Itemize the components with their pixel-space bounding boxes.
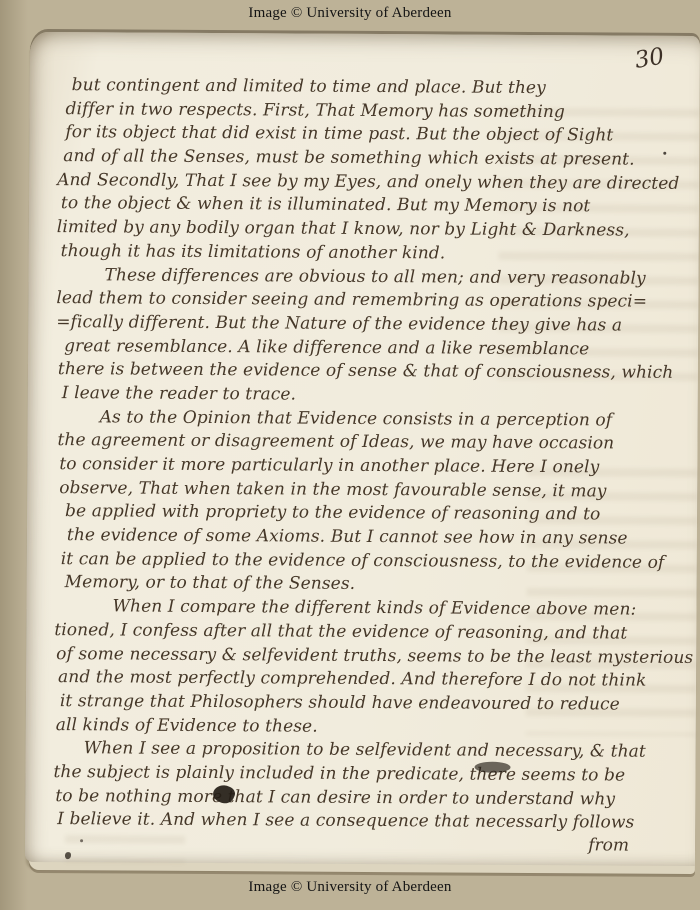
manuscript-line: but contingent and limited to time and p… <box>58 74 690 102</box>
manuscript-line: limited by any bodily organ that I know,… <box>57 216 689 244</box>
catchword: from <box>588 835 629 855</box>
manuscript-line: to consider it more particularly in anot… <box>55 453 687 481</box>
manuscript-line: though it has its limitations of another… <box>57 240 689 268</box>
ink-speck <box>65 852 71 859</box>
manuscript-line: and of all the Senses, must be something… <box>57 145 689 173</box>
page-number: 30 <box>633 43 666 74</box>
book-gutter-shadow <box>0 0 28 910</box>
manuscript-line: I leave the reader to trace. <box>56 382 688 410</box>
manuscript-line: the evidence of some Axioms. But I canno… <box>55 524 687 552</box>
manuscript-line: it strange that Philosophers should have… <box>54 690 686 718</box>
manuscript-leaf: 30 but contingent and limited to time an… <box>25 32 700 866</box>
manuscript-line: tioned, I confess after all that the evi… <box>54 619 686 647</box>
manuscript-text: but contingent and limited to time and p… <box>53 74 690 836</box>
manuscript-line: I believe it. And when I see a consequen… <box>53 808 685 836</box>
manuscript-line: the subject is plainly included in the p… <box>53 761 685 789</box>
ink-speck <box>80 839 83 842</box>
scanned-manuscript-page: { "banner": { "top": "Image © University… <box>0 0 700 910</box>
copyright-banner-top: Image © University of Aberdeen <box>0 5 700 22</box>
manuscript-line: When I compare the different kinds of Ev… <box>54 595 686 623</box>
copyright-banner-bottom: Image © University of Aberdeen <box>0 879 700 896</box>
manuscript-line: =fically different. But the Nature of th… <box>56 311 688 339</box>
